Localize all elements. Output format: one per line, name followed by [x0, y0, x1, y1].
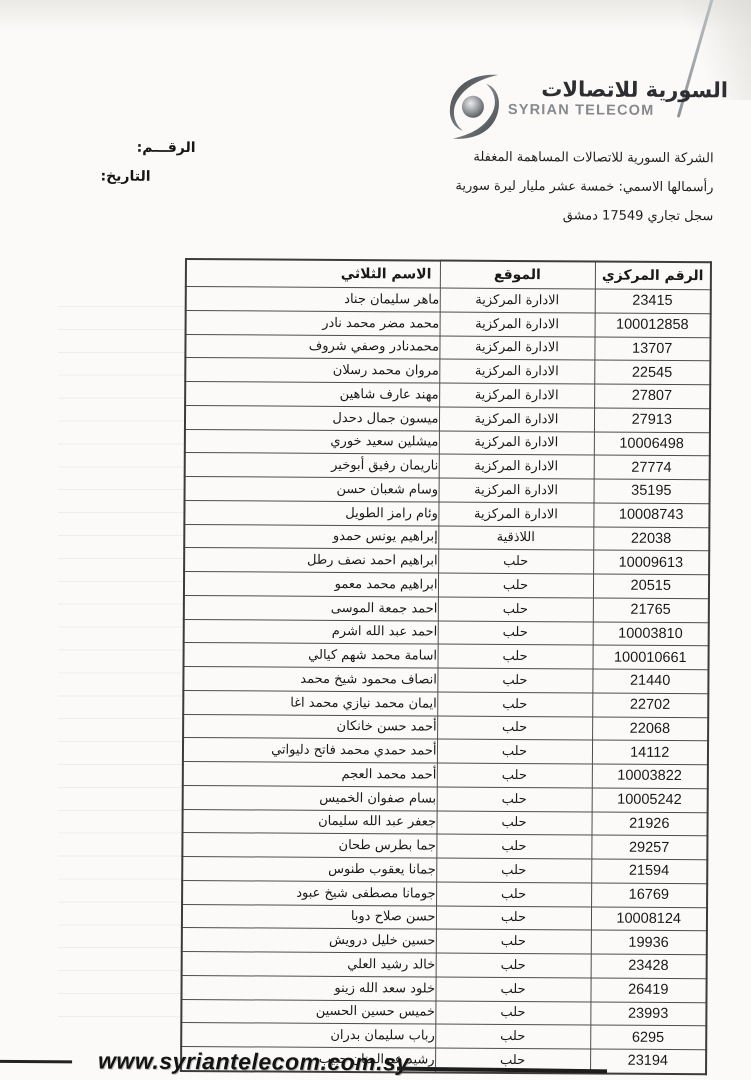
cell-central-number: 22068 — [592, 716, 708, 740]
cell-location: حلب — [435, 1024, 590, 1049]
table-row: 35195الادارة المركزيةوسام شعبان حسن — [185, 477, 710, 504]
header-name: الاسم الثلاثي — [186, 259, 440, 288]
cell-location: الادارة المركزية — [439, 336, 594, 361]
cell-name: أحمد حمدي محمد فاتح دليواتي — [183, 738, 437, 763]
table-row: 21926حلبجعفر عبد الله سليمان — [182, 809, 707, 836]
cell-location: حلب — [436, 929, 591, 954]
cell-location: الادارة المركزية — [439, 383, 594, 408]
cell-central-number: 10008124 — [591, 906, 707, 930]
cell-name: احمد عبد الله اشرم — [184, 619, 438, 644]
cell-location: حلب — [438, 549, 593, 574]
cell-location: حلب — [437, 787, 592, 812]
cell-central-number: 16769 — [591, 883, 707, 907]
cell-location: حلب — [436, 906, 591, 931]
cell-central-number: 21594 — [591, 859, 707, 883]
ref-number-label: الرقـــم: — [137, 140, 196, 156]
syrian-telecom-logo: السورية للاتصالات SYRIAN TELECOM — [444, 72, 729, 144]
table-row: 10005242حلببسام صفوان الخميس — [183, 785, 708, 812]
table-row: 10006498الادارة المركزيةميشلين سعيد خوري — [185, 429, 710, 456]
cell-location: حلب — [436, 882, 591, 907]
table-header-row: الرقم المركزي الموقع الاسم الثلاثي — [186, 259, 711, 290]
cell-location: الادارة المركزية — [439, 454, 594, 479]
header-location: الموقع — [440, 261, 595, 289]
cell-name: بسام صفوان الخميس — [183, 785, 437, 810]
table-row: 10003810حلباحمد عبد الله اشرم — [184, 619, 709, 646]
cell-location: حلب — [438, 573, 593, 598]
cell-name: حسن صلاح دوبا — [182, 904, 436, 929]
ref-date-label: التاريخ: — [100, 168, 150, 184]
cell-central-number: 14112 — [592, 740, 708, 764]
cell-name: ابراهيم احمد نصف رطل — [184, 548, 438, 573]
cell-central-number: 27807 — [594, 384, 710, 408]
table-row: 22702حلبايمان محمد نيازي محمد اغا — [183, 690, 708, 717]
logo-wordmark: السورية للاتصالات SYRIAN TELECOM — [508, 78, 728, 121]
cell-location: حلب — [437, 644, 592, 669]
cell-name: انصاف محمود شيخ محمد — [183, 666, 437, 691]
cell-central-number: 19936 — [591, 930, 707, 954]
table-row: 22038اللاذقيةإبراهيم يونس حمدو — [184, 524, 709, 551]
cell-name: رباب سليمان بدران — [181, 1023, 435, 1048]
cell-central-number: 100012858 — [595, 313, 711, 337]
cell-name: مروان محمد رسلان — [185, 358, 439, 383]
cell-name: أحمد حسن خانكان — [183, 714, 437, 739]
table-row: 20515حلبابراهيم محمد معمو — [184, 572, 709, 599]
cell-name: خالد رشيد العلي — [182, 951, 436, 976]
cell-name: أحمد محمد العجم — [183, 761, 437, 786]
cell-location: الادارة المركزية — [439, 431, 594, 456]
scanned-document-page: { "logo": { "icon": "swirl-eye-logo", "a… — [0, 0, 751, 1080]
table-row: 100012858الادارة المركزيةمحمد مضر محمد ن… — [186, 310, 711, 337]
cell-central-number: 13707 — [594, 337, 710, 361]
cell-location: حلب — [436, 811, 591, 836]
cell-central-number: 10009613 — [593, 550, 709, 574]
table-row: 10008124حلبحسن صلاح دوبا — [182, 904, 707, 931]
company-registry-line: سجل تجاري 17549 دمشق — [403, 200, 713, 231]
cell-location: الادارة المركزية — [439, 407, 594, 432]
cell-central-number: 10005242 — [592, 788, 708, 812]
cell-name: خميس حسين الحسين — [181, 999, 435, 1024]
cell-name: اسامة محمد شهم كيالي — [184, 643, 438, 668]
cell-location: حلب — [438, 597, 593, 622]
cell-central-number: 22545 — [594, 360, 710, 384]
cell-location: الادارة المركزية — [439, 478, 594, 503]
cell-name: خلود سعد الله زينو — [181, 975, 435, 1000]
cell-central-number: 100010661 — [592, 645, 708, 669]
cell-name: جمانا يعقوب طنوس — [182, 856, 436, 881]
cell-location: حلب — [436, 953, 591, 978]
table-row: 21594حلبجمانا يعقوب طنوس — [182, 856, 707, 883]
cell-name: احمد جمعة الموسى — [184, 595, 438, 620]
table-row: 22068حلبأحمد حسن خانكان — [183, 714, 708, 741]
cell-name: ماهر سليمان جناد — [186, 287, 440, 312]
cell-central-number: 23194 — [590, 1049, 706, 1074]
table-row: 27774الادارة المركزيةناريمان رفيق أبوخير — [185, 453, 710, 480]
table-row: 27913الادارة المركزيةميسون جمال دحدل — [185, 405, 710, 432]
cell-name: مهند عارف شاهين — [185, 382, 439, 407]
table-row: 14112حلبأحمد حمدي محمد فاتح دليواتي — [183, 738, 708, 765]
cell-central-number: 26419 — [590, 978, 706, 1002]
cell-location: حلب — [437, 692, 592, 717]
cell-name: ميشلين سعيد خوري — [185, 429, 439, 454]
document-content: السورية للاتصالات SYRIAN TELECOM الشركة … — [0, 0, 751, 1080]
cell-name: جومانا مصطفى شيخ عبود — [182, 880, 436, 905]
cell-name: حسين خليل درويش — [182, 928, 436, 953]
cell-location: حلب — [437, 763, 592, 788]
cell-location: حلب — [437, 668, 592, 693]
cell-central-number: 27774 — [594, 455, 710, 479]
table-row: 22545الادارة المركزيةمروان محمد رسلان — [185, 358, 710, 385]
footer-website-url: www.syriantelecom.com.sy — [98, 1047, 410, 1076]
cell-central-number: 10003822 — [592, 764, 708, 788]
cell-central-number: 6295 — [590, 1025, 706, 1049]
cell-location: حلب — [436, 858, 591, 883]
cell-name: محمدنادر وصفي شروف — [185, 334, 439, 359]
table-row: 16769حلبجومانا مصطفى شيخ عبود — [182, 880, 707, 907]
cell-central-number: 21765 — [593, 598, 709, 622]
table-row: 100010661حلباسامة محمد شهم كيالي — [184, 643, 709, 670]
cell-location: الادارة المركزية — [438, 502, 593, 527]
footer-left-dash — [0, 1060, 72, 1063]
table-row: 6295حلبرباب سليمان بدران — [181, 1023, 706, 1050]
cell-central-number: 35195 — [594, 479, 710, 503]
cell-central-number: 29257 — [591, 835, 707, 859]
company-info: الشركة السورية للاتصالات المساهمة المغفل… — [403, 142, 714, 231]
table-row: 21440حلبانصاف محمود شيخ محمد — [183, 666, 708, 693]
table-row: 23415الادارة المركزيةماهر سليمان جناد — [186, 287, 711, 314]
cell-location: حلب — [436, 834, 591, 859]
cell-location: حلب — [435, 1001, 590, 1026]
cell-central-number: 21926 — [591, 811, 707, 835]
subscriber-roster-table: الرقم المركزي الموقع الاسم الثلاثي 23415… — [180, 258, 712, 1075]
cell-central-number: 10003810 — [593, 621, 709, 645]
table-row: 10003822حلبأحمد محمد العجم — [183, 761, 708, 788]
company-name-line: الشركة السورية للاتصالات المساهمة المغفل… — [404, 142, 714, 173]
table-row: 13707الادارة المركزيةمحمدنادر وصفي شروف — [185, 334, 710, 361]
cell-central-number: 10008743 — [593, 503, 709, 527]
cell-central-number: 22702 — [592, 693, 708, 717]
cell-location: اللاذقية — [438, 526, 593, 551]
table-row: 10009613حلبابراهيم احمد نصف رطل — [184, 548, 709, 575]
table-row: 23993حلبخميس حسين الحسين — [181, 999, 706, 1026]
logo-arabic-text: السورية للاتصالات — [508, 78, 728, 101]
cell-location: الادارة المركزية — [439, 359, 594, 384]
cell-location: حلب — [437, 716, 592, 741]
table-body: 23415الادارة المركزيةماهر سليمان جناد100… — [181, 287, 711, 1074]
table-row: 27807الادارة المركزيةمهند عارف شاهين — [185, 382, 710, 409]
cell-central-number: 10006498 — [594, 432, 710, 456]
cell-location: الادارة المركزية — [440, 312, 595, 337]
cell-central-number: 20515 — [593, 574, 709, 598]
cell-central-number: 23415 — [595, 289, 711, 313]
cell-name: محمد مضر محمد نادر — [186, 310, 440, 335]
table-row: 10008743الادارة المركزيةوئام رامز الطويل — [184, 500, 709, 527]
cell-name: وسام شعبان حسن — [185, 477, 439, 502]
cell-central-number: 23428 — [591, 954, 707, 978]
cell-location: حلب — [438, 621, 593, 646]
swirl-eye-logo-icon — [444, 72, 502, 142]
cell-name: وئام رامز الطويل — [184, 500, 438, 525]
cell-name: ايمان محمد نيازي محمد اغا — [183, 690, 437, 715]
header-central-number: الرقم المركزي — [595, 262, 711, 290]
cell-central-number: 22038 — [593, 526, 709, 550]
cell-location: حلب — [435, 977, 590, 1002]
cell-location: الادارة المركزية — [440, 288, 595, 313]
cell-central-number: 27913 — [594, 408, 710, 432]
table-row: 29257حلبجما بطرس طحان — [182, 833, 707, 860]
cell-location: حلب — [437, 739, 592, 764]
cell-name: جعفر عبد الله سليمان — [182, 809, 436, 834]
cell-central-number: 21440 — [592, 669, 708, 693]
table-row: 23428حلبخالد رشيد العلي — [182, 951, 707, 978]
table-row: 26419حلبخلود سعد الله زينو — [181, 975, 706, 1002]
cell-name: ابراهيم محمد معمو — [184, 572, 438, 597]
cell-name: ميسون جمال دحدل — [185, 405, 439, 430]
logo-english-text: SYRIAN TELECOM — [508, 100, 728, 121]
table-row: 19936حلبحسين خليل درويش — [182, 928, 707, 955]
cell-name: إبراهيم يونس حمدو — [184, 524, 438, 549]
cell-central-number: 23993 — [590, 1001, 706, 1025]
cell-name: جما بطرس طحان — [182, 833, 436, 858]
cell-name: ناريمان رفيق أبوخير — [185, 453, 439, 478]
table-row: 21765حلباحمد جمعة الموسى — [184, 595, 709, 622]
company-capital-line: رأسمالها الاسمي: خمسة عشر مليار ليرة سور… — [403, 171, 713, 202]
